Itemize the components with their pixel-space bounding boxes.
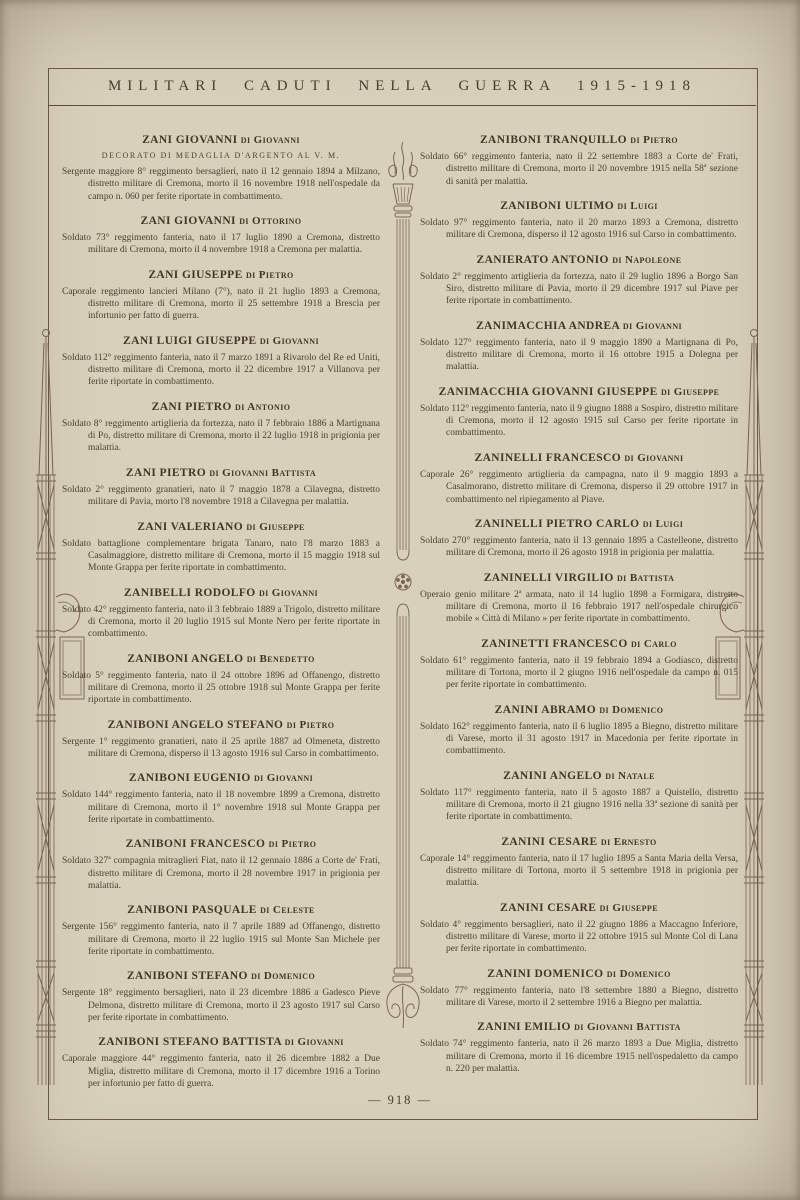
casualty-father: di Natale: [605, 770, 655, 782]
honor-line: DECORATO DI MEDAGLIA D'ARGENTO AL V. M.: [62, 151, 380, 160]
casualty-heading: ZANI LUIGI GIUSEPPE di Giovanni: [62, 335, 380, 347]
casualty-details: Soldato 162° reggimento fanteria, nato i…: [420, 721, 738, 758]
casualty-father: di Pietro: [287, 719, 335, 731]
casualty-name: ZANIBONI FRANCESCO: [126, 838, 266, 850]
casualty-father: di Ottorino: [239, 215, 301, 227]
casualty-father: di Domenico: [599, 704, 663, 716]
casualty-father: di Celeste: [260, 904, 315, 916]
casualty-heading: ZANINI CESARE di Ernesto: [420, 836, 738, 848]
casualty-details: Soldato 73° reggimento fanteria, nato il…: [62, 232, 380, 257]
page-title: MILITARI CADUTI NELLA GUERRA 1915-1918: [108, 78, 696, 95]
casualty-entry: ZANINELLI VIRGILIO di Battista Operaio g…: [420, 572, 738, 626]
casualty-father: di Giuseppe: [661, 386, 719, 398]
casualty-father: di Giovanni Battista: [209, 467, 316, 479]
casualty-details: Sergente 18° reggimento bersaglieri, nat…: [62, 987, 380, 1024]
casualty-entry: ZANI GIUSEPPE di Pietro Caporale reggime…: [62, 269, 380, 323]
casualty-father: di Giovanni: [624, 452, 683, 464]
casualty-entry: ZANIBONI ANGELO STEFANO di Pietro Sergen…: [62, 719, 380, 761]
casualty-father: di Domenico: [607, 968, 671, 980]
casualty-heading: ZANI VALERIANO di Giuseppe: [62, 521, 380, 533]
casualty-father: di Pietro: [246, 269, 294, 281]
casualty-name: ZANIBONI EUGENIO: [129, 772, 251, 784]
casualty-entry: ZANI GIOVANNI di Giovanni DECORATO DI ME…: [62, 134, 380, 203]
casualty-details: Soldato 112° reggimento fanteria, nato i…: [420, 403, 738, 440]
casualty-details: Caporale reggimento lancieri Milano (7°)…: [62, 286, 380, 323]
casualty-heading: ZANINI ABRAMO di Domenico: [420, 704, 738, 716]
casualty-details: Caporale maggiore 44° reggimento fanteri…: [62, 1053, 380, 1090]
casualty-details: Soldato 270° reggimento fanteria, nato i…: [420, 535, 738, 560]
casualty-heading: ZANIBONI STEFANO di Domenico: [62, 970, 380, 982]
casualty-details: Sergente 1° reggimento granatieri, nato …: [62, 736, 380, 761]
casualty-name: ZANINELLI VIRGILIO: [484, 572, 614, 584]
casualty-name: ZANIBONI ANGELO: [127, 653, 243, 665]
casualty-details: Soldato 5° reggimento fanteria, nato il …: [62, 670, 380, 707]
casualty-heading: ZANI GIOVANNI di Ottorino: [62, 215, 380, 227]
casualty-name: ZANI LUIGI GIUSEPPE: [123, 335, 257, 347]
casualty-heading: ZANIMACCHIA ANDREA di Giovanni: [420, 320, 738, 332]
casualty-name: ZANINI EMILIO: [477, 1021, 571, 1033]
casualty-heading: ZANINETTI FRANCESCO di Carlo: [420, 638, 738, 650]
casualty-father: di Giovanni: [623, 320, 682, 332]
casualty-name: ZANINI ANGELO: [503, 770, 602, 782]
casualty-heading: ZANIBONI ANGELO STEFANO di Pietro: [62, 719, 380, 731]
casualty-entry: ZANIBONI STEFANO di Domenico Sergente 18…: [62, 970, 380, 1024]
casualty-name: ZANIBONI ANGELO STEFANO: [108, 719, 284, 731]
casualty-heading: ZANINELLI FRANCESCO di Giovanni: [420, 452, 738, 464]
casualty-heading: ZANIBONI EUGENIO di Giovanni: [62, 772, 380, 784]
casualty-name: ZANIBONI ULTIMO: [500, 200, 614, 212]
right-column: ZANIBONI TRANQUILLO di Pietro Soldato 66…: [420, 134, 738, 1116]
casualty-entry: ZANINI DOMENICO di Domenico Soldato 77° …: [420, 968, 738, 1010]
casualty-details: Soldato 2° reggimento artiglieria da for…: [420, 271, 738, 308]
casualty-name: ZANI VALERIANO: [137, 521, 243, 533]
casualty-details: Caporale 26° reggimento artiglieria da c…: [420, 469, 738, 506]
casualty-heading: ZANIBELLI RODOLFO di Giovanni: [62, 587, 380, 599]
casualty-details: Soldato 112° reggimento fanteria, nato i…: [62, 352, 380, 389]
casualty-heading: ZANIBONI ULTIMO di Luigi: [420, 200, 738, 212]
casualty-father: di Giovanni Battista: [574, 1021, 681, 1033]
casualty-entry: ZANIBONI ULTIMO di Luigi Soldato 97° reg…: [420, 200, 738, 242]
casualty-heading: ZANINELLI PIETRO CARLO di Luigi: [420, 518, 738, 530]
casualty-details: Sergente 156° reggimento fanteria, nato …: [62, 921, 380, 958]
casualty-entry: ZANIERATO ANTONIO di Napoleone Soldato 2…: [420, 254, 738, 308]
casualty-details: Soldato 42° reggimento fanteria, nato il…: [62, 604, 380, 641]
book-page: MILITARI CADUTI NELLA GUERRA 1915-1918: [0, 0, 800, 1200]
casualty-heading: ZANINI EMILIO di Giovanni Battista: [420, 1021, 738, 1033]
casualty-name: ZANIBONI PASQUALE: [127, 904, 257, 916]
casualty-entry: ZANIBONI FRANCESCO di Pietro Soldato 327…: [62, 838, 380, 892]
casualty-details: Soldato 327ª compagnia mitraglieri Fiat,…: [62, 855, 380, 892]
casualty-entry: ZANI GIOVANNI di Ottorino Soldato 73° re…: [62, 215, 380, 257]
casualty-entry: ZANIMACCHIA GIOVANNI GIUSEPPE di Giusepp…: [420, 386, 738, 440]
casualty-father: di Ernesto: [601, 836, 657, 848]
casualty-heading: ZANI GIOVANNI di Giovanni: [62, 134, 380, 146]
casualty-name: ZANINI CESARE: [501, 836, 597, 848]
casualty-heading: ZANIBONI STEFANO BATTISTA di Giovanni: [62, 1036, 380, 1048]
casualty-entry: ZANINI ABRAMO di Domenico Soldato 162° r…: [420, 704, 738, 758]
casualty-entry: ZANIBONI TRANQUILLO di Pietro Soldato 66…: [420, 134, 738, 188]
casualty-details: Sergente maggiore 8° reggimento bersagli…: [62, 166, 380, 203]
casualty-entry: ZANIBONI ANGELO di Benedetto Soldato 5° …: [62, 653, 380, 707]
casualty-father: di Giovanni: [241, 134, 300, 146]
casualty-father: di Antonio: [235, 401, 290, 413]
casualty-heading: ZANIERATO ANTONIO di Napoleone: [420, 254, 738, 266]
casualty-father: di Battista: [617, 572, 674, 584]
casualty-entry: ZANINI ANGELO di Natale Soldato 117° reg…: [420, 770, 738, 824]
casualty-heading: ZANIMACCHIA GIOVANNI GIUSEPPE di Giusepp…: [420, 386, 738, 398]
casualty-name: ZANINI DOMENICO: [487, 968, 603, 980]
casualty-entry: ZANI PIETRO di Giovanni Battista Soldato…: [62, 467, 380, 509]
entries-columns: ZANI GIOVANNI di Giovanni DECORATO DI ME…: [62, 118, 738, 1116]
left-column: ZANI GIOVANNI di Giovanni DECORATO DI ME…: [62, 134, 380, 1116]
casualty-details: Soldato 97° reggimento fanteria, nato il…: [420, 217, 738, 242]
casualty-heading: ZANI PIETRO di Giovanni Battista: [62, 467, 380, 479]
casualty-name: ZANIBELLI RODOLFO: [124, 587, 256, 599]
casualty-name: ZANINELLI FRANCESCO: [475, 452, 622, 464]
casualty-father: di Pietro: [630, 134, 678, 146]
casualty-name: ZANI PIETRO: [126, 467, 206, 479]
casualty-heading: ZANINI CESARE di Giuseppe: [420, 902, 738, 914]
casualty-name: ZANINI CESARE: [500, 902, 596, 914]
casualty-details: Operaio genio militare 2ª armata, nato i…: [420, 589, 738, 626]
casualty-name: ZANIBONI TRANQUILLO: [480, 134, 627, 146]
casualty-father: di Carlo: [631, 638, 677, 650]
casualty-heading: ZANI GIUSEPPE di Pietro: [62, 269, 380, 281]
casualty-father: di Giovanni: [254, 772, 313, 784]
casualty-name: ZANI GIUSEPPE: [148, 269, 242, 281]
casualty-entry: ZANINI CESARE di Ernesto Caporale 14° re…: [420, 836, 738, 890]
casualty-father: di Domenico: [251, 970, 315, 982]
casualty-details: Soldato 66° reggimento fanteria, nato il…: [420, 151, 738, 188]
casualty-heading: ZANINELLI VIRGILIO di Battista: [420, 572, 738, 584]
casualty-entry: ZANINI EMILIO di Giovanni Battista Solda…: [420, 1021, 738, 1075]
casualty-details: Caporale 14° reggimento fanteria, nato i…: [420, 853, 738, 890]
casualty-father: di Giuseppe: [600, 902, 658, 914]
casualty-entry: ZANIBONI EUGENIO di Giovanni Soldato 144…: [62, 772, 380, 826]
casualty-heading: ZANINI DOMENICO di Domenico: [420, 968, 738, 980]
casualty-entry: ZANINETTI FRANCESCO di Carlo Soldato 61°…: [420, 638, 738, 692]
casualty-heading: ZANIBONI FRANCESCO di Pietro: [62, 838, 380, 850]
casualty-heading: ZANI PIETRO di Antonio: [62, 401, 380, 413]
casualty-name: ZANINETTI FRANCESCO: [481, 638, 628, 650]
casualty-details: Soldato 77° reggimento fanteria, nato l'…: [420, 985, 738, 1010]
casualty-details: Soldato 2° reggimento granatieri, nato i…: [62, 484, 380, 509]
casualty-entry: ZANIMACCHIA ANDREA di Giovanni Soldato 1…: [420, 320, 738, 374]
casualty-details: Soldato 4° reggimento bersaglieri, nato …: [420, 919, 738, 956]
casualty-entry: ZANINELLI FRANCESCO di Giovanni Caporale…: [420, 452, 738, 506]
casualty-father: di Luigi: [643, 518, 683, 530]
casualty-father: di Giovanni: [259, 587, 318, 599]
casualty-father: di Giovanni: [285, 1036, 344, 1048]
casualty-name: ZANINI ABRAMO: [495, 704, 596, 716]
casualty-entry: ZANI VALERIANO di Giuseppe Soldato batta…: [62, 521, 380, 575]
casualty-entry: ZANIBELLI RODOLFO di Giovanni Soldato 42…: [62, 587, 380, 641]
casualty-details: Soldato 117° reggimento fanteria, nato i…: [420, 787, 738, 824]
casualty-details: Soldato 74° reggimento fanteria, nato il…: [420, 1038, 738, 1075]
casualty-heading: ZANIBONI TRANQUILLO di Pietro: [420, 134, 738, 146]
casualty-details: Soldato 61° reggimento fanteria, nato il…: [420, 655, 738, 692]
page-number: — 918 —: [0, 1093, 800, 1108]
casualty-father: di Benedetto: [247, 653, 315, 665]
casualty-details: Soldato 8° reggimento artiglieria da for…: [62, 418, 380, 455]
casualty-details: Soldato 144° reggimento fanteria, nato i…: [62, 789, 380, 826]
casualty-entry: ZANINELLI PIETRO CARLO di Luigi Soldato …: [420, 518, 738, 560]
casualty-entry: ZANIBONI STEFANO BATTISTA di Giovanni Ca…: [62, 1036, 380, 1090]
casualty-name: ZANIBONI STEFANO: [127, 970, 248, 982]
casualty-name: ZANI GIOVANNI: [141, 215, 236, 227]
casualty-entry: ZANINI CESARE di Giuseppe Soldato 4° reg…: [420, 902, 738, 956]
casualty-father: di Napoleone: [612, 254, 681, 266]
casualty-name: ZANI GIOVANNI: [142, 134, 237, 146]
casualty-name: ZANIERATO ANTONIO: [477, 254, 609, 266]
casualty-entry: ZANI LUIGI GIUSEPPE di Giovanni Soldato …: [62, 335, 380, 389]
casualty-father: di Giovanni: [260, 335, 319, 347]
casualty-details: Soldato battaglione complementare brigat…: [62, 538, 380, 575]
casualty-name: ZANI PIETRO: [152, 401, 232, 413]
casualty-name: ZANIMACCHIA GIOVANNI GIUSEPPE: [439, 386, 658, 398]
casualty-heading: ZANINI ANGELO di Natale: [420, 770, 738, 782]
casualty-name: ZANINELLI PIETRO CARLO: [475, 518, 640, 530]
casualty-entry: ZANIBONI PASQUALE di Celeste Sergente 15…: [62, 904, 380, 958]
casualty-details: Soldato 127° reggimento fanteria, nato i…: [420, 337, 738, 374]
casualty-entry: ZANI PIETRO di Antonio Soldato 8° reggim…: [62, 401, 380, 455]
casualty-father: di Luigi: [617, 200, 657, 212]
casualty-name: ZANIBONI STEFANO BATTISTA: [98, 1036, 281, 1048]
casualty-father: di Pietro: [269, 838, 317, 850]
casualty-heading: ZANIBONI ANGELO di Benedetto: [62, 653, 380, 665]
casualty-name: ZANIMACCHIA ANDREA: [476, 320, 620, 332]
casualty-father: di Giuseppe: [246, 521, 304, 533]
casualty-heading: ZANIBONI PASQUALE di Celeste: [62, 904, 380, 916]
page-header: MILITARI CADUTI NELLA GUERRA 1915-1918: [48, 68, 756, 106]
